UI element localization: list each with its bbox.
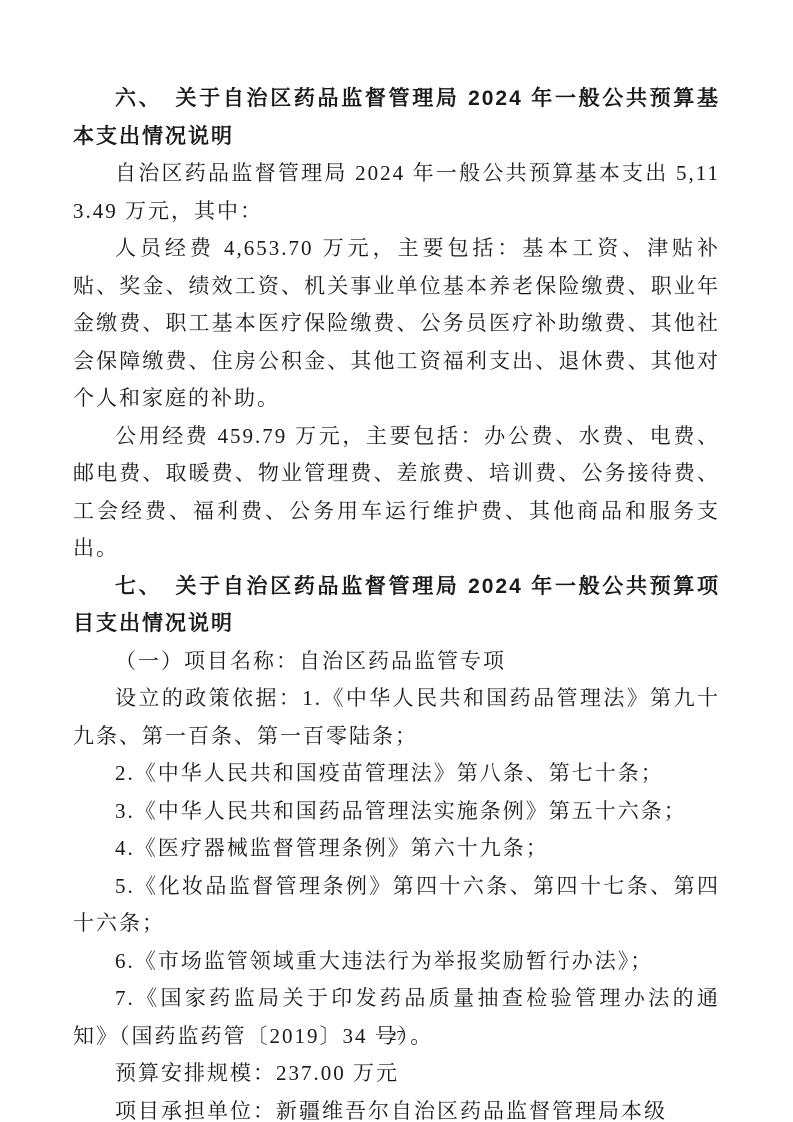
body-paragraph: 6.《市场监管领域重大违法行为举报奖励暂行办法》； — [73, 943, 720, 981]
body-paragraph: 公用经费 459.79 万元，主要包括：办公费、水费、电费、邮电费、取暖费、物业… — [73, 418, 720, 568]
body-paragraph: 4.《医疗器械监督管理条例》第六十九条； — [73, 830, 720, 868]
page-content: 六、 关于自治区药品监督管理局 2024 年一般公共预算基本支出情况说明 自治区… — [73, 80, 720, 1122]
body-paragraph: 预算安排规模：237.00 万元 — [73, 1055, 720, 1093]
document-page: 六、 关于自治区药品监督管理局 2024 年一般公共预算基本支出情况说明 自治区… — [0, 0, 793, 1122]
body-paragraph: 项目承担单位：新疆维吾尔自治区药品监督管理局本级 — [73, 1093, 720, 1122]
page-number: 27 — [0, 1028, 793, 1046]
section-heading-project-expenditure: 七、 关于自治区药品监督管理局 2024 年一般公共预算项目支出情况说明 — [73, 568, 720, 643]
body-paragraph: 2.《中华人民共和国疫苗管理法》第八条、第七十条； — [73, 755, 720, 793]
body-paragraph: （一）项目名称：自治区药品监管专项 — [73, 643, 720, 681]
section-heading-basic-expenditure: 六、 关于自治区药品监督管理局 2024 年一般公共预算基本支出情况说明 — [73, 80, 720, 155]
body-paragraph: 设立的政策依据：1.《中华人民共和国药品管理法》第九十九条、第一百条、第一百零陆… — [73, 680, 720, 755]
body-paragraph: 5.《化妆品监督管理条例》第四十六条、第四十七条、第四十六条； — [73, 868, 720, 943]
body-paragraph: 人员经费 4,653.70 万元，主要包括：基本工资、津贴补贴、奖金、绩效工资、… — [73, 230, 720, 418]
body-paragraph: 自治区药品监督管理局 2024 年一般公共预算基本支出 5,113.49 万元，… — [73, 155, 720, 230]
body-paragraph: 3.《中华人民共和国药品管理法实施条例》第五十六条； — [73, 793, 720, 831]
